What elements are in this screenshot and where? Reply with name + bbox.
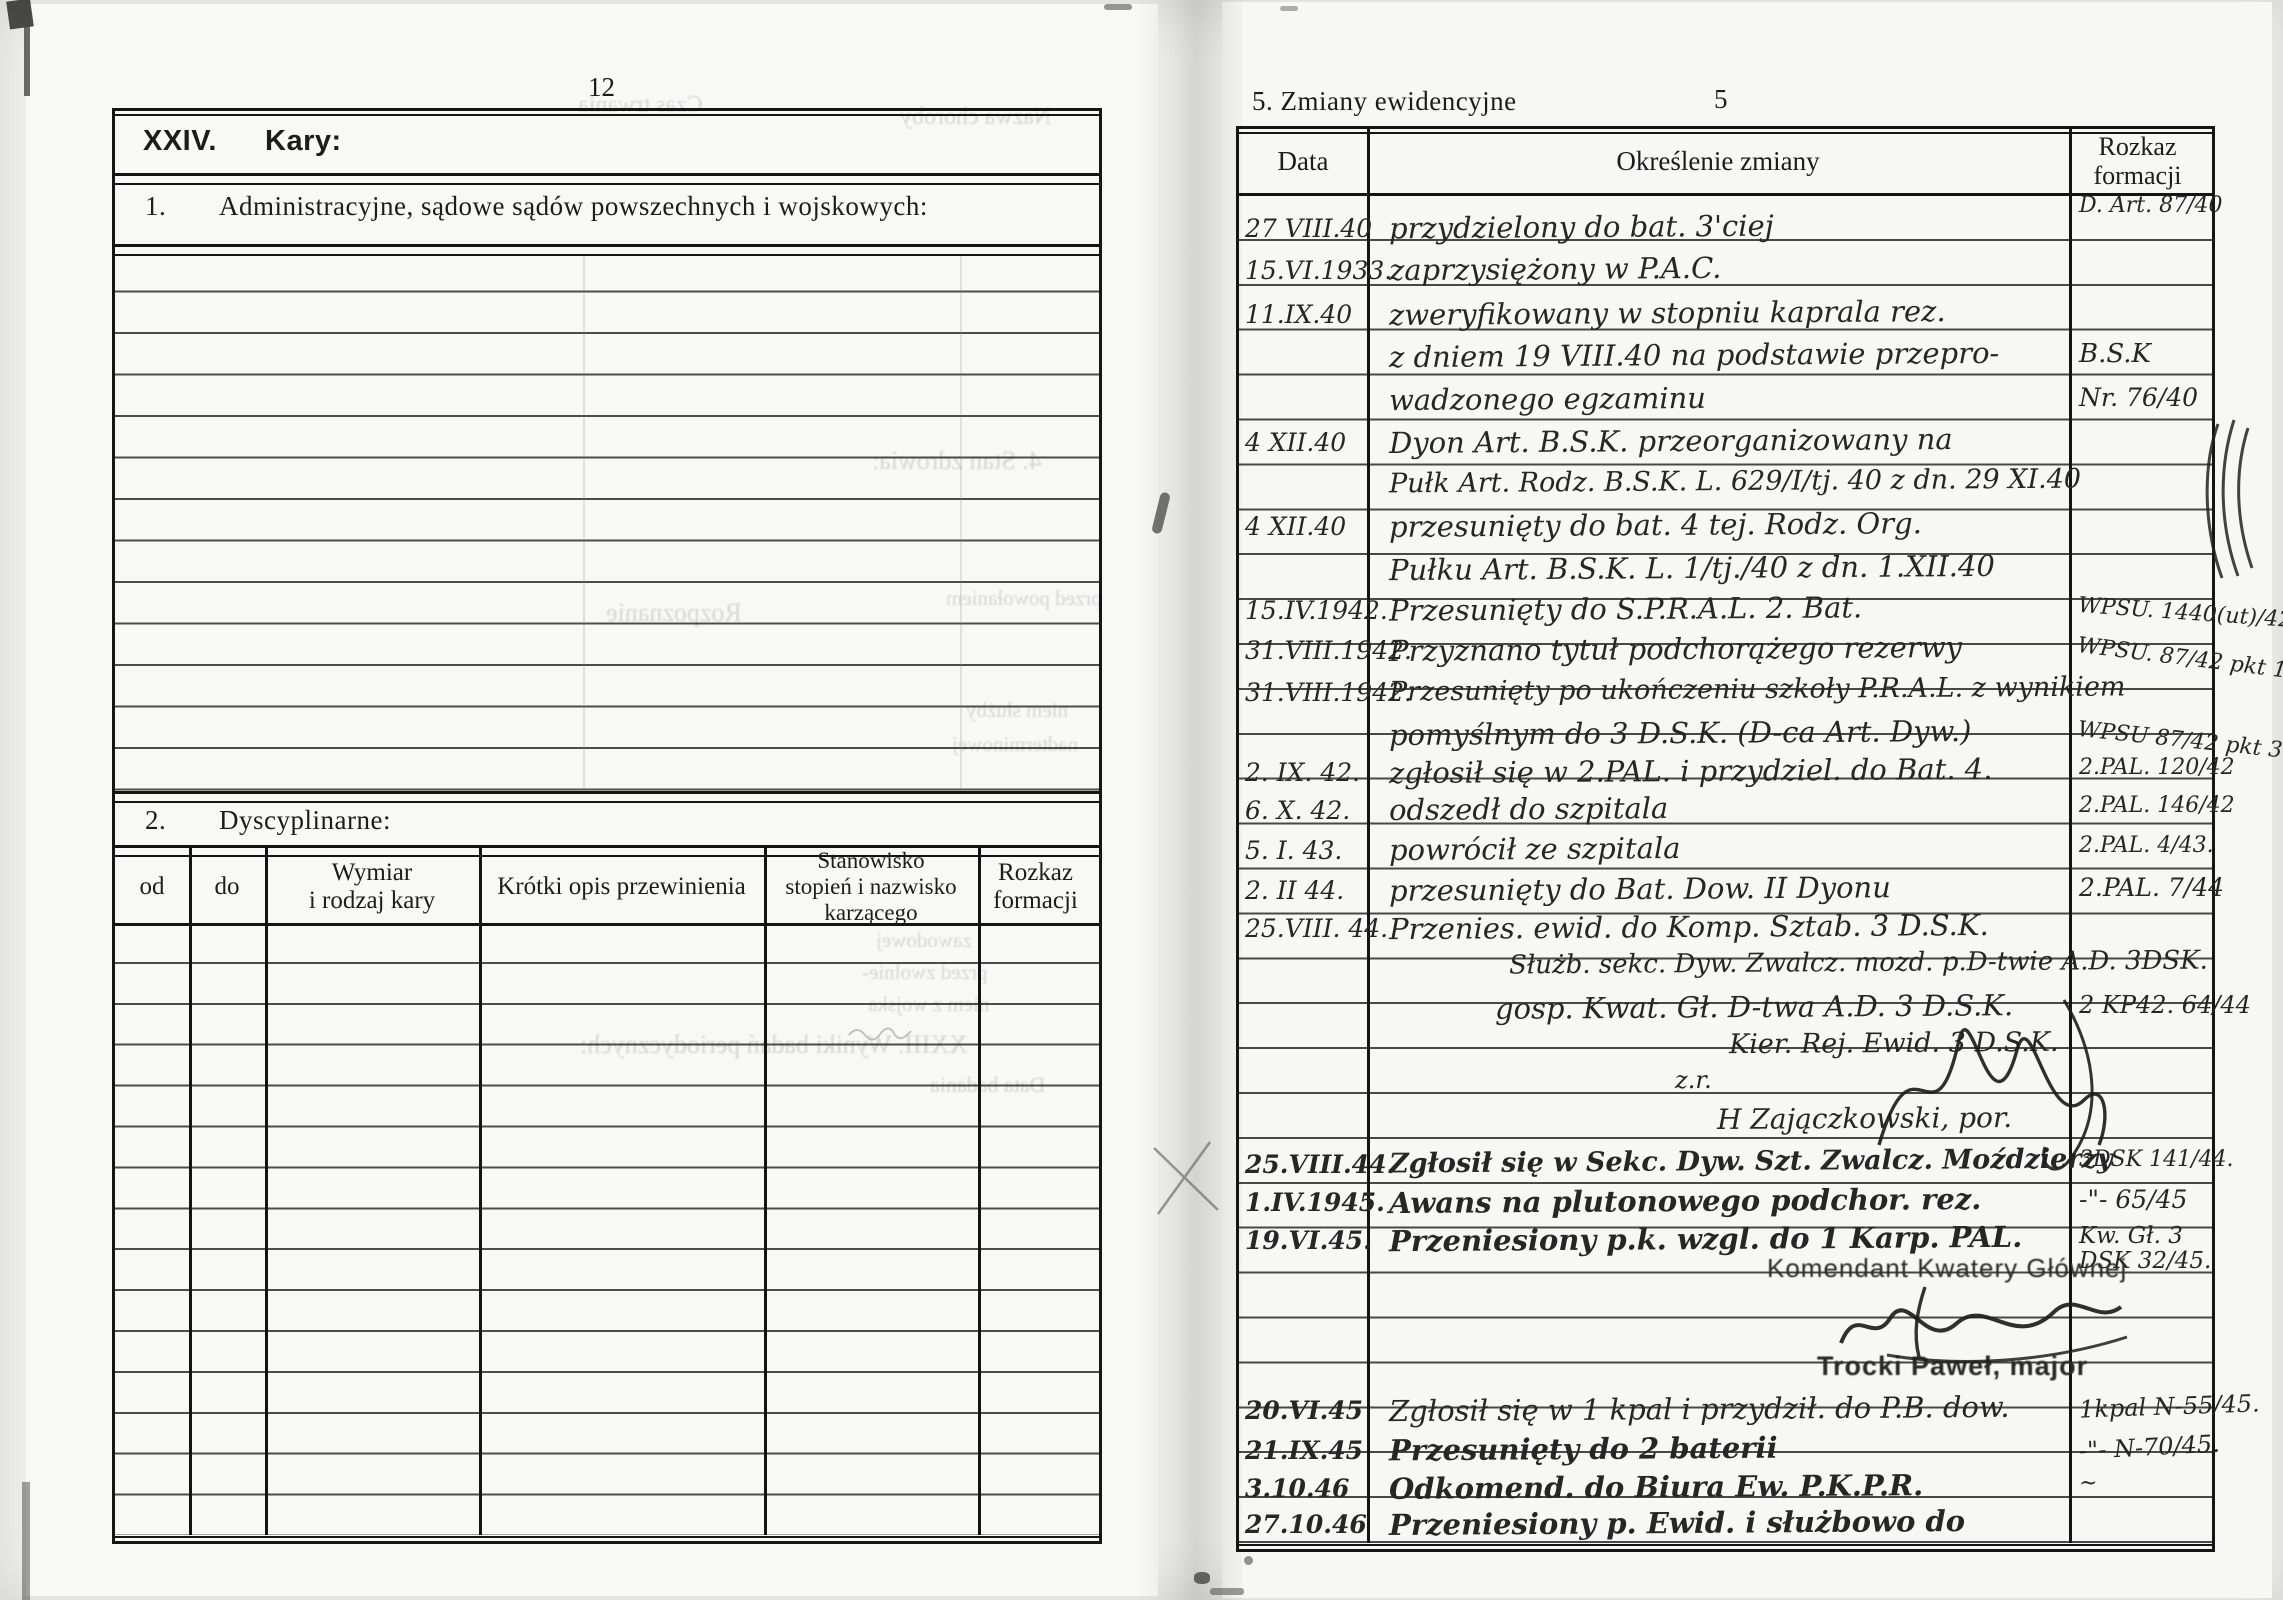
record-text: Zgłosił się w 1 kpal i przydził. do P.B.… <box>1389 1390 2010 1428</box>
column-header-label: karzącego <box>824 900 917 926</box>
column-header-label: formacji <box>993 887 1078 915</box>
penalties-table: XXIV. Kary: 1. Administracyjne, sądowe s… <box>112 108 1102 1544</box>
record-order: B.S.K <box>2079 340 2229 369</box>
ink-smudge <box>1244 1556 1253 1565</box>
record-row: 6. X. 42.odszedł do szpitala2.PAL. 146/4… <box>1239 792 2212 836</box>
record-row: z dniem 19 VIII.40 na podstawie przepro-… <box>1239 338 2212 382</box>
column-header-rozkaz: Rozkaz formacji <box>2069 129 2206 193</box>
record-date: 31.VIII.1942. <box>1245 678 1381 707</box>
column-header-data: Data <box>1239 129 1367 193</box>
record-changes-table: Data Określenie zmiany Rozkaz formacji 2… <box>1236 126 2215 1552</box>
subsection1-number: 1. <box>145 191 166 222</box>
record-date: 4 XII.40 <box>1245 428 1381 457</box>
record-text: Pułku Art. B.S.K. L. 1/tj./40 z dn. 1.XI… <box>1389 549 1995 587</box>
record-order: -"- 65/45 <box>2079 1186 2229 1214</box>
record-text: Pułk Art. Rodz. B.S.K. L. 629/I/tj. 40 z… <box>1389 464 2081 500</box>
pencil-x-mark <box>1148 1138 1226 1218</box>
record-text: Służb. sekc. Dyw. Zwalcz. mozd. p.D-twie… <box>1509 946 2208 981</box>
record-row: 5. I. 43.powrócił ze szpitala2.PAL. 4/43… <box>1239 832 2212 876</box>
show-through-line <box>583 256 585 791</box>
column-header-label: Stanowisko <box>817 848 924 874</box>
blank-ruled-lines <box>115 251 1099 791</box>
subsection2-title: Dyscyplinarne: <box>219 805 391 836</box>
record-order: 2.PAL. 7/44 <box>2079 874 2229 902</box>
column-header-rozkaz: Rozkaz formacji <box>978 851 1093 923</box>
record-text: Dyon Art. B.S.K. przeorganizowany na <box>1389 422 1953 460</box>
record-date: 20.VI.45 <box>1245 1396 1381 1425</box>
record-text: odszedł do szpitala <box>1389 791 1669 827</box>
signature-zajaczkowski-icon <box>1859 995 2129 1165</box>
record-text: Przesunięty do S.P.R.A.L. 2. Bat. <box>1389 590 1862 627</box>
record-date: 21.IX.45 <box>1245 1436 1381 1465</box>
record-text: z dniem 19 VIII.40 na podstawie przepro- <box>1389 336 2000 374</box>
scan-edge-artifact <box>1280 6 1298 11</box>
column-header-label: do <box>215 873 240 901</box>
record-row: 4 XII.40Dyon Art. B.S.K. przeorganizowan… <box>1239 424 2212 468</box>
right-page-number: 5 <box>1714 84 1728 115</box>
ink-smudge <box>1194 1572 1210 1584</box>
record-text: wadzonego egzaminu <box>1389 381 1706 417</box>
scan-edge-artifact <box>1104 4 1132 10</box>
record-text: Przyznano tytuł podchorążego rezerwy <box>1389 630 1962 668</box>
record-row: wadzonego egzaminuNr. 76/40 <box>1239 382 2212 426</box>
record-order: WPSU 87/42 pkt 3. <box>2076 718 2228 758</box>
record-row: 11.IX.40zweryfikowany w stopniu kaprala … <box>1239 296 2212 340</box>
column-header-wymiar: Wymiar i rodzaj kary <box>265 851 479 923</box>
record-row: 27 VIII.40przydzielony do bat. 3'ciejD. … <box>1239 210 2212 254</box>
record-text: przydzielony do bat. 3'ciej <box>1389 209 1774 246</box>
record-text: przesunięty do bat. 4 tej. Rodz. Org. <box>1389 506 1922 544</box>
record-order: WPSU. 1440(ut)/42 <box>2077 594 2228 629</box>
record-text: Przesunięty do 2 baterii <box>1389 1431 1778 1468</box>
record-row: Pułk Art. Rodz. B.S.K. L. 629/I/tj. 40 z… <box>1239 466 2212 510</box>
column-header-od: od <box>115 851 189 923</box>
record-date: 27 VIII.40 <box>1245 214 1381 243</box>
record-text: z.r. <box>1675 1066 1712 1094</box>
record-text: Awans na plutonowego podchor. rez. <box>1389 1182 1982 1220</box>
ink-smudge <box>1210 1588 1244 1595</box>
record-text: Przenies. ewid. do Komp. Sztab. 3 D.S.K. <box>1389 908 1989 946</box>
column-header-label: stopień i nazwisko <box>785 874 956 900</box>
record-order: D. Art. 87/40 <box>2079 194 2229 218</box>
record-text: powrócił ze szpitala <box>1389 831 1681 867</box>
record-order: WPSU. 87/42 pkt 1. <box>2076 634 2228 676</box>
column-header-opis: Krótki opis przewinienia <box>479 851 764 923</box>
show-through-line <box>960 256 962 791</box>
record-date: 15.IV.1942. <box>1245 596 1381 625</box>
record-row: 31.VIII.1942.Przesunięty po ukończeniu s… <box>1239 674 2212 718</box>
record-row: Służb. sekc. Dyw. Zwalcz. mozd. p.D-twie… <box>1239 948 2212 992</box>
record-text: zaprzysiężony w P.A.C. <box>1389 251 1722 287</box>
record-date: 25.VIII. 44. <box>1245 914 1381 943</box>
scan-edge-artifact <box>24 0 30 96</box>
signature-trocki-icon <box>1829 1281 2139 1366</box>
column-header-label: formacji <box>2093 161 2181 190</box>
divider <box>115 791 1099 803</box>
margin-pen-mark <box>2188 418 2268 588</box>
binding-gutter <box>1138 0 1242 1600</box>
blank-ruled-lines <box>115 923 1099 1535</box>
column-header-label: Krótki opis przewinienia <box>497 873 746 901</box>
record-order: 2.PAL. 120/42 <box>2079 756 2229 780</box>
record-text: przesunięty do Bat. Dow. II Dyonu <box>1389 870 1891 908</box>
section-title: Kary: <box>265 125 342 158</box>
record-date: 1.IV.1945. <box>1245 1188 1381 1217</box>
column-divider <box>479 847 482 1535</box>
column-header-zmiana: Określenie zmiany <box>1367 129 2069 193</box>
record-text: zgłosił się w 2.PAL. i przydziel. do Bat… <box>1389 752 1993 790</box>
record-text: Przesunięty po ukończeniu szkoły P.R.A.L… <box>1389 671 2126 707</box>
record-text: zweryfikowany w stopniu kaprala rez. <box>1389 294 1946 332</box>
column-header-do: do <box>189 851 265 923</box>
record-order: -"- N-70/45. <box>2078 1430 2229 1464</box>
record-order: ~ <box>2079 1472 2229 1496</box>
record-text: Odkomend. do Biura Ew. P.K.P.R. <box>1389 1468 1923 1506</box>
column-divider <box>189 847 192 1535</box>
record-date: 4 XII.40 <box>1245 512 1381 541</box>
record-row: 20.VI.45Zgłosił się w 1 kpal i przydził.… <box>1239 1392 2212 1436</box>
record-row: Pułku Art. B.S.K. L. 1/tj./40 z dn. 1.XI… <box>1239 551 2212 595</box>
column-header-label: od <box>140 873 165 901</box>
record-order: Nr. 76/40 <box>2079 384 2229 412</box>
record-date: 15.VI.1933. <box>1245 256 1381 285</box>
record-date: 31.VIII.1942. <box>1245 636 1381 665</box>
record-date: 11.IX.40 <box>1245 300 1381 329</box>
right-section-title: 5. Zmiany ewidencyjne <box>1252 86 1517 117</box>
record-row: 27.10.46Przeniesiony p. Ewid. i służbowo… <box>1239 1506 2212 1550</box>
scanned-document: 12 Czas trwania Nazwa choroby 4. Stan zd… <box>0 0 2283 1600</box>
stamp-komendant: Komendant Kwatery Głównej <box>1767 1253 2127 1284</box>
scan-edge-artifact <box>22 1482 30 1600</box>
record-row: 4 XII.40przesunięty do bat. 4 tej. Rodz.… <box>1239 508 2212 552</box>
column-header-label: i rodzaj kary <box>309 887 435 915</box>
record-text: Przeniesiony p. Ewid. i służbowo do <box>1389 1504 1965 1542</box>
record-row: 31.VIII.1942.Przyznano tytuł podchorążeg… <box>1239 632 2212 676</box>
record-order: 2.PAL. 146/42 <box>2079 794 2229 818</box>
record-date: 19.VI.45. <box>1245 1226 1381 1255</box>
record-date: 2. IX. 42. <box>1245 758 1381 787</box>
column-header-label: Rozkaz <box>2099 132 2177 161</box>
record-order: 2.PAL. 4/43. <box>2079 834 2229 858</box>
column-header-label: Wymiar <box>332 859 412 887</box>
section-number: XXIV. <box>143 125 217 158</box>
record-date: 3.10.46 <box>1245 1474 1381 1503</box>
subsection1-title: Administracyjne, sądowe sądów powszechny… <box>219 191 928 222</box>
record-text: pomyślnym do 3 D.S.K. (D-ca Art. Dyw.) <box>1389 714 1972 752</box>
column-divider <box>265 847 268 1535</box>
record-date: 6. X. 42. <box>1245 796 1381 825</box>
record-date: 27.10.46 <box>1245 1510 1381 1539</box>
pencil-smudge <box>845 1021 915 1045</box>
divider <box>115 173 1099 185</box>
record-row: 15.VI.1933.zaprzysiężony w P.A.C. <box>1239 252 2212 296</box>
column-header-label: Data <box>1278 146 1329 176</box>
record-date: 5. I. 43. <box>1245 836 1381 865</box>
column-header-stanowisko: Stanowisko stopień i nazwisko karzącego <box>764 847 978 927</box>
column-header-label: Rozkaz <box>998 859 1073 887</box>
record-date: 25.VIII.44. <box>1245 1150 1381 1179</box>
record-date: 2. II 44. <box>1245 876 1381 905</box>
subsection2-number: 2. <box>145 805 166 836</box>
column-divider <box>978 847 981 1535</box>
record-order: 1kpal N-55/45. <box>2079 1391 2230 1423</box>
column-header-label: Określenie zmiany <box>1616 146 1819 176</box>
record-row: 15.IV.1942.Przesunięty do S.P.R.A.L. 2. … <box>1239 592 2212 636</box>
column-divider <box>764 847 767 1535</box>
